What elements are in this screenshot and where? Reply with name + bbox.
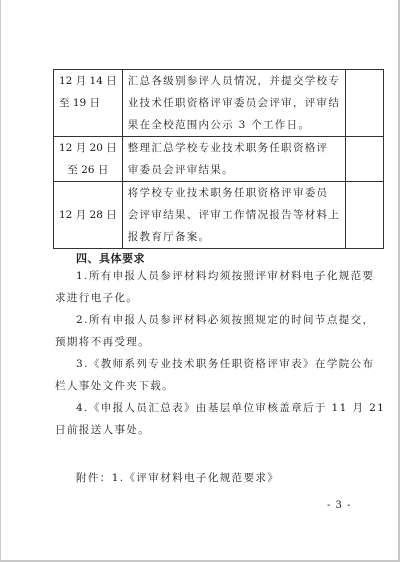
date-cell: 12 月 28 日: [54, 182, 123, 249]
schedule-table: 12 月 14 日 至 19 日 汇总各级别参评人员情况，并提交学校专 业技术任…: [53, 69, 384, 249]
section-heading: 四、具体要求: [76, 250, 145, 266]
paragraph-line: 预期将不再受理。: [55, 331, 351, 353]
date-cell: 12 月 14 日 至 19 日: [54, 70, 123, 137]
desc-line: 果在全校范围内公示 3 个工作日。: [128, 114, 340, 136]
paragraph-line: 1.所有申报人员参评材料均须按照评审材料电子化规范要: [55, 265, 351, 287]
requirement-item-4: 4.《申报人员汇总表》由基层单位审核盖章后于 11 月 21 日前报送人事处。: [55, 397, 351, 441]
date-line: 12 月 14 日: [59, 70, 117, 92]
paragraph-line: 2.所有申报人员参评材料必须按照规定的时间节点提交，: [55, 309, 351, 331]
paragraph-line: 日前报送人事处。: [55, 419, 351, 441]
desc-line: 整理汇总学校专业技术职务任职资格评: [128, 137, 340, 159]
table-row: 12 月 20 日 至 26 日 整理汇总学校专业技术职务任职资格评 审委员会评…: [54, 137, 384, 182]
desc-line: 会评审结果、评审工作情况报告等材料上: [128, 204, 340, 226]
attachment-note: 附件：1.《评审材料电子化规范要求》: [76, 470, 279, 485]
description-cell: 整理汇总学校专业技术职务任职资格评 审委员会评审结果。: [122, 137, 345, 182]
requirement-item-3: 3.《教师系列专业技术职务任职资格评审表》在学院公布 栏人事处文件夹下载。: [55, 353, 351, 397]
date-line: 12 月 28 日: [59, 204, 117, 226]
paragraph-line: 3.《教师系列专业技术职务任职资格评审表》在学院公布: [55, 353, 351, 375]
page-number: - 3 -: [327, 500, 351, 511]
desc-line: 报教育厅备案。: [128, 226, 340, 248]
desc-line: 汇总各级别参评人员情况，并提交学校专: [128, 70, 340, 92]
date-line: 12 月 20 日: [59, 137, 117, 159]
description-cell: 汇总各级别参评人员情况，并提交学校专 业技术任职资格评审委员会评审，评审结 果在…: [122, 70, 345, 137]
date-line: 至 19 日: [59, 92, 117, 114]
note-cell: [346, 137, 384, 182]
date-cell: 12 月 20 日 至 26 日: [54, 137, 123, 182]
desc-line: 将学校专业技术职务任职资格评审委员: [128, 182, 340, 204]
requirement-item-2: 2.所有申报人员参评材料必须按照规定的时间节点提交， 预期将不再受理。: [55, 309, 351, 353]
description-cell: 将学校专业技术职务任职资格评审委员 会评审结果、评审工作情况报告等材料上 报教育…: [122, 182, 345, 249]
table-row: 12 月 28 日 将学校专业技术职务任职资格评审委员 会评审结果、评审工作情况…: [54, 182, 384, 249]
note-cell: [346, 182, 384, 249]
desc-line: 业技术任职资格评审委员会评审，评审结: [128, 92, 340, 114]
date-line: 至 26 日: [59, 159, 117, 181]
paragraph-line: 4.《申报人员汇总表》由基层单位审核盖章后于 11 月 21: [55, 397, 351, 419]
table-row: 12 月 14 日 至 19 日 汇总各级别参评人员情况，并提交学校专 业技术任…: [54, 70, 384, 137]
document-page: 12 月 14 日 至 19 日 汇总各级别参评人员情况，并提交学校专 业技术任…: [1, 0, 398, 560]
paragraph-line: 求进行电子化。: [55, 287, 351, 309]
note-cell: [346, 70, 384, 137]
requirement-item-1: 1.所有申报人员参评材料均须按照评审材料电子化规范要 求进行电子化。: [55, 265, 351, 309]
paragraph-line: 栏人事处文件夹下载。: [55, 375, 351, 397]
desc-line: 审委员会评审结果。: [128, 159, 340, 181]
